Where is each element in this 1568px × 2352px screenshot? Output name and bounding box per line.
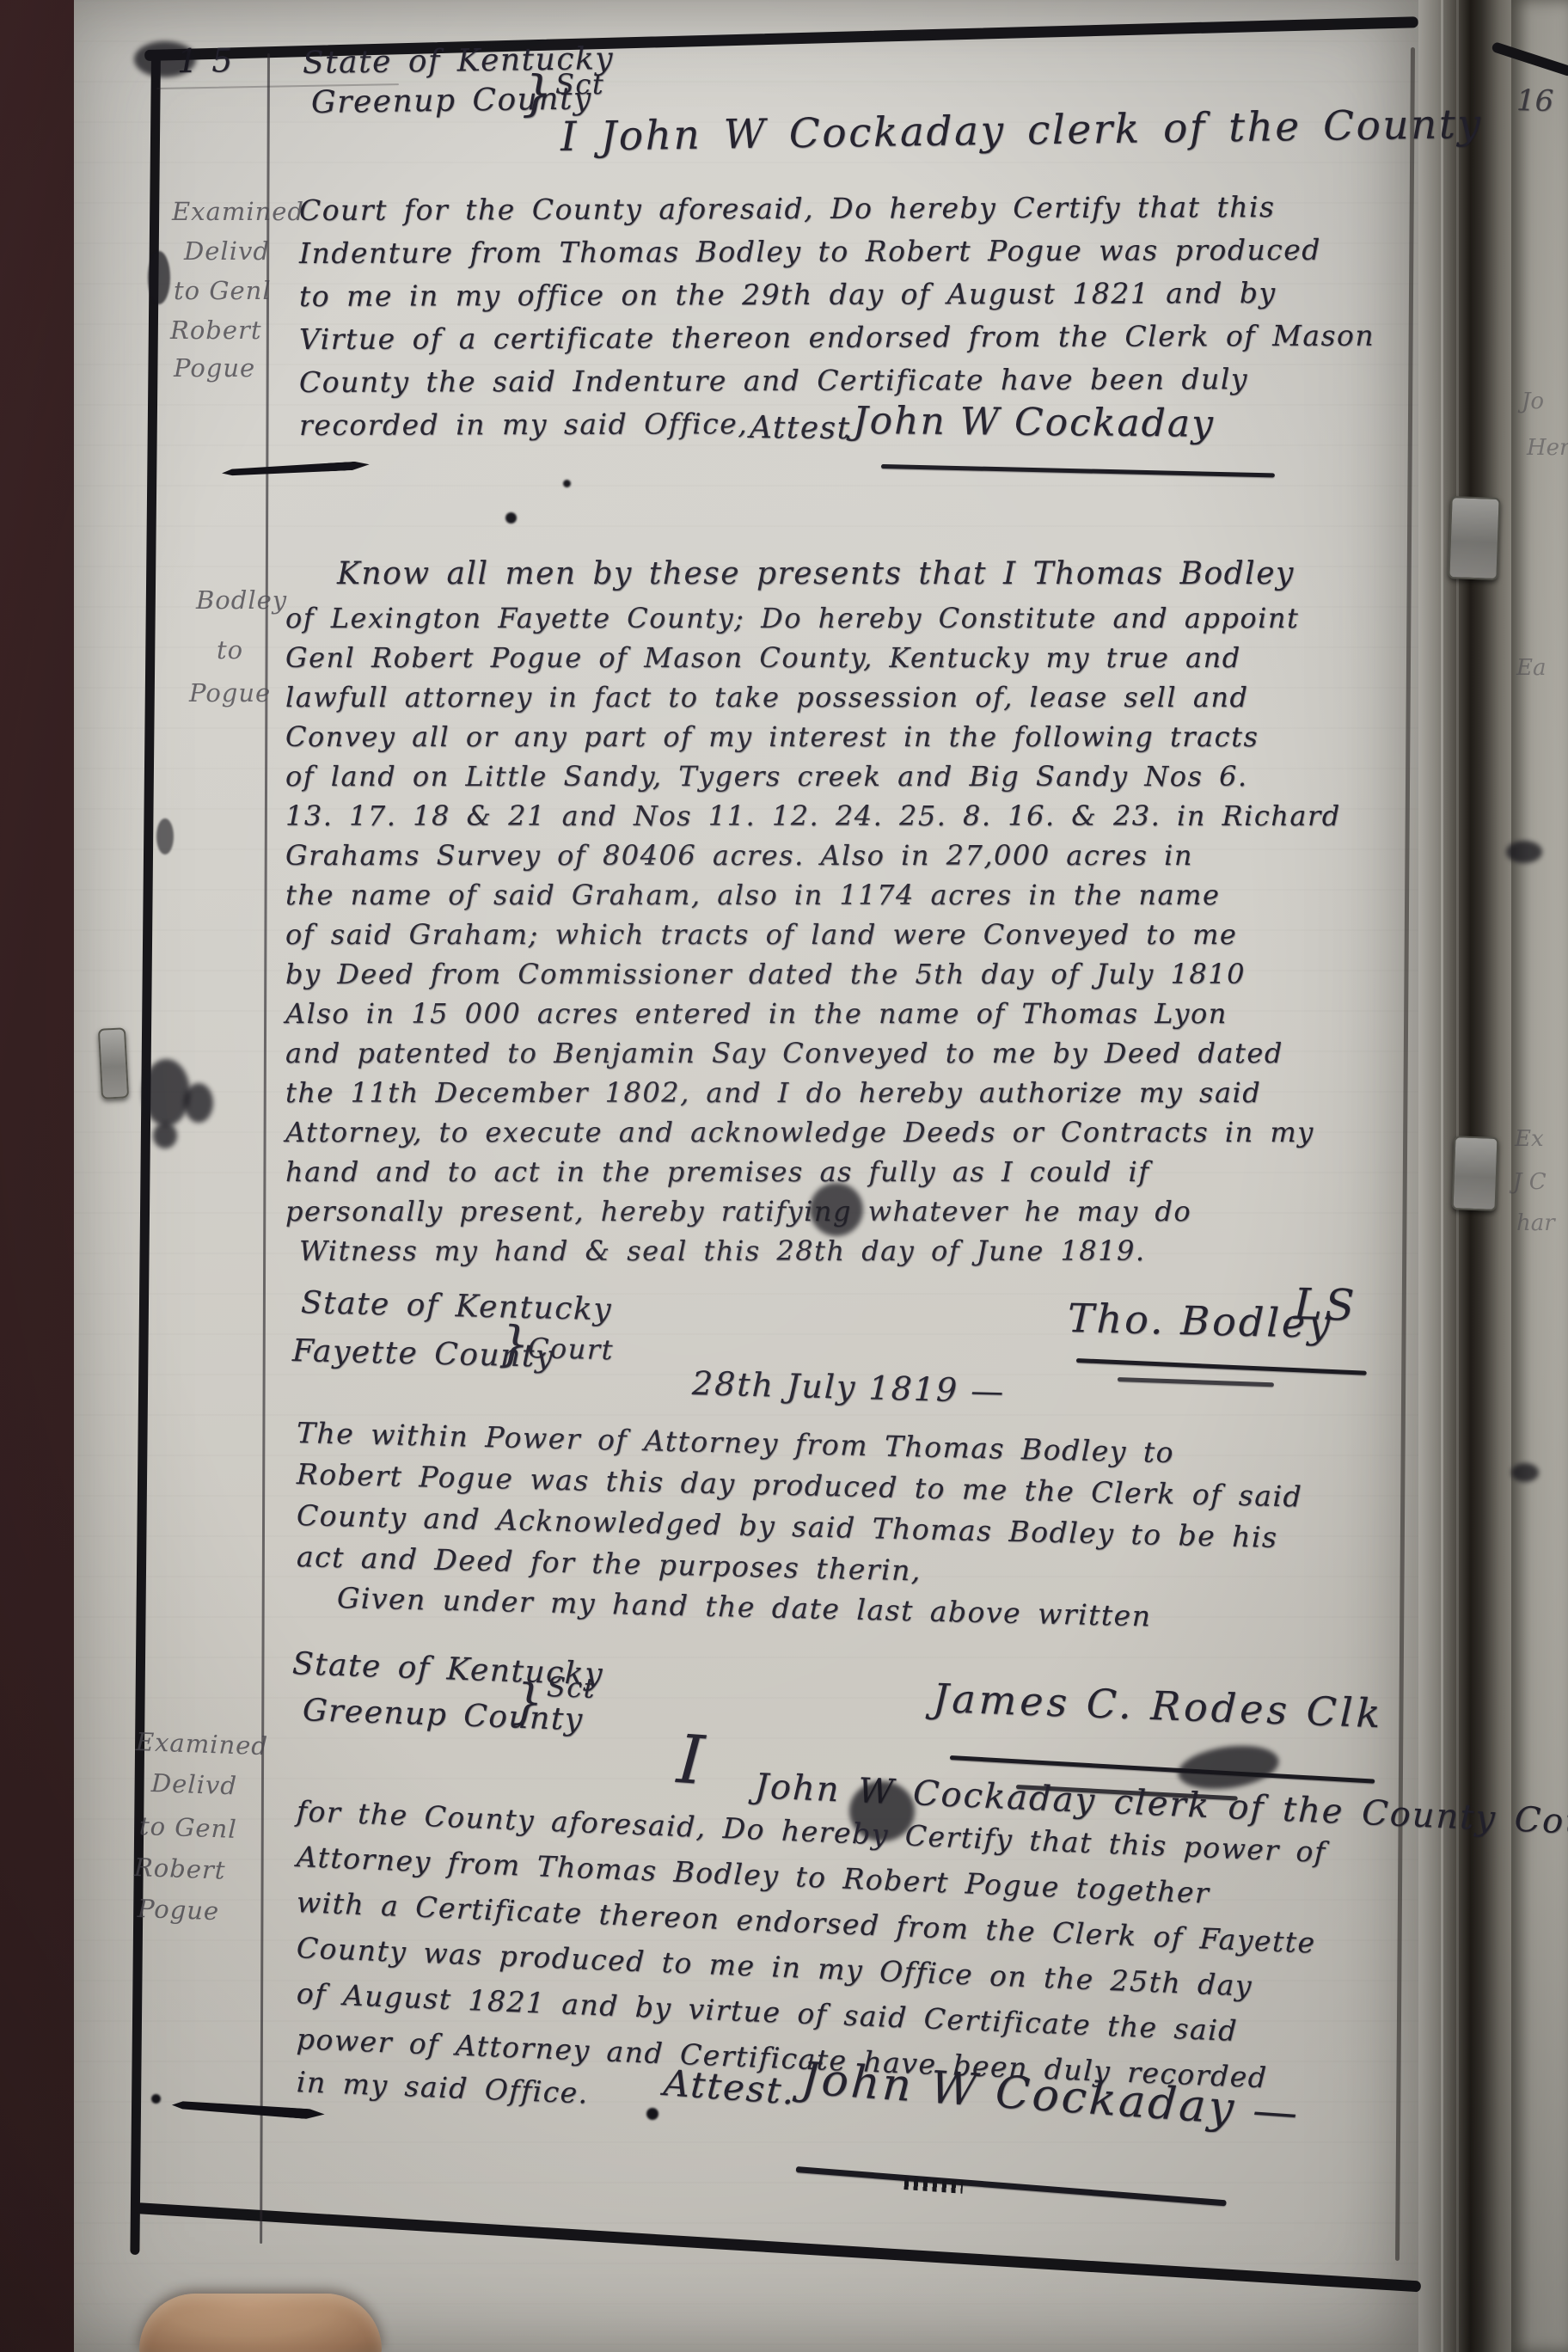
ink-blob xyxy=(134,41,196,77)
margin-note: Delivd xyxy=(150,1771,237,1798)
ink-blob xyxy=(153,1123,177,1148)
brace-glyph: } xyxy=(511,1678,544,1727)
ink-blob xyxy=(1506,841,1542,863)
photograph-of-deed-book: 15 State of Kentucky Greenup County } Sc… xyxy=(0,0,1568,2352)
opening-flourish-line: I John W Cockaday clerk of the County xyxy=(560,104,1483,157)
margin-note: Robert xyxy=(170,318,262,343)
ghost-text: Her xyxy=(1527,435,1568,461)
body-line: Also in 15 000 acres entered in the name… xyxy=(285,1000,1228,1027)
body-line: and patented to Benjamin Say Conveyed to… xyxy=(285,1039,1283,1067)
ink-blob xyxy=(151,2094,161,2104)
body-line: Witness my hand & seal this 28th day of … xyxy=(299,1237,1146,1265)
state-heading: State of Kentucky xyxy=(301,1288,613,1326)
ghost-text: har xyxy=(1516,1210,1555,1236)
ink-blob xyxy=(810,1183,863,1236)
body-line: Convey all or any part of my interest in… xyxy=(285,723,1259,750)
attest-label: Attest. xyxy=(663,2065,798,2110)
margin-note: Pogue xyxy=(174,356,255,381)
clerk-attest-signature: John W Cockaday xyxy=(853,402,1215,444)
ink-blob xyxy=(1511,1463,1539,1482)
ghost-text: Ea xyxy=(1516,655,1546,681)
margin-note: Pogue xyxy=(189,681,271,706)
body-line: Virtue of a certificate thereon endorsed… xyxy=(299,322,1375,353)
brace-glyph: } xyxy=(498,1320,530,1369)
court-label: Court xyxy=(528,1334,615,1363)
page-edge-line xyxy=(1441,0,1443,2352)
body-line: Attorney, to execute and acknowledge Dee… xyxy=(285,1118,1314,1146)
ink-blob xyxy=(184,1083,213,1123)
date-line: 28th July 1819 — xyxy=(692,1367,1006,1408)
brace-glyph: } xyxy=(522,70,553,119)
ink-blob xyxy=(505,512,517,524)
sct-abbrev: Sct xyxy=(546,1673,596,1702)
body-line: Grahams Survey of 80406 acres. Also in 2… xyxy=(285,842,1193,869)
ink-blob xyxy=(143,1059,190,1126)
body-line: recorded in my said Office, xyxy=(299,409,748,439)
margin-note: Delivd xyxy=(184,239,270,264)
margin-note: to Genl xyxy=(138,1814,237,1842)
ghost-text: Ex xyxy=(1515,1126,1544,1152)
body-line: Know all men by these presents that I Th… xyxy=(337,559,1295,590)
body-line: personally present, hereby ratifying wha… xyxy=(285,1197,1191,1225)
margin-note: Pogue xyxy=(137,1896,219,1924)
body-line: of said Graham; which tracts of land wer… xyxy=(285,921,1237,948)
body-line: to me in my office on the 29th day of Au… xyxy=(299,279,1277,310)
body-line: of Lexington Fayette County; Do hereby C… xyxy=(285,604,1299,632)
body-line: the 11th December 1802, and I do hereby … xyxy=(285,1079,1261,1106)
margin-note: Bodley xyxy=(196,588,287,613)
body-line: the name of said Graham, also in 1174 ac… xyxy=(285,881,1220,909)
sct-abbrev: Sct xyxy=(555,70,604,98)
body-line: County the said Indenture and Certificat… xyxy=(299,364,1248,396)
body-line: hand and to act in the premises as fully… xyxy=(285,1158,1150,1185)
body-line: by Deed from Commissioner dated the 5th … xyxy=(285,960,1246,988)
ghost-text: J C xyxy=(1513,1169,1547,1195)
thumb xyxy=(139,2294,382,2352)
book-clasp xyxy=(1452,1136,1499,1211)
book-clasp xyxy=(98,1027,129,1099)
book-clasp xyxy=(1448,496,1500,580)
ink-blob xyxy=(156,818,174,854)
ink-blob xyxy=(563,480,571,487)
seal-initials: LS xyxy=(1293,1283,1357,1327)
body-line: of land on Little Sandy, Tygers creek an… xyxy=(285,763,1248,790)
ghost-text: Jo xyxy=(1522,389,1544,414)
opening-initial-flourish: I xyxy=(675,1726,706,1795)
body-line: Indenture from Thomas Bodley to Robert P… xyxy=(299,236,1321,267)
attest-label: Attest xyxy=(750,413,851,444)
ink-blob xyxy=(148,251,170,304)
body-line: 13. 17. 18 & 21 and Nos 11. 12. 24. 25. … xyxy=(285,802,1341,830)
margin-note: Examined xyxy=(135,1730,268,1759)
margin-note: Examined xyxy=(172,199,304,224)
ink-blob xyxy=(646,2108,658,2120)
body-line: lawfull attorney in fact to take possess… xyxy=(285,683,1249,711)
margin-note: to xyxy=(217,638,243,663)
body-line: Court for the County aforesaid, Do hereb… xyxy=(299,193,1276,224)
margin-note: to Genl xyxy=(174,279,272,303)
margin-note: Robert xyxy=(133,1855,225,1883)
body-line: Genl Robert Pogue of Mason County, Kentu… xyxy=(285,644,1241,671)
facing-page-number: 16 xyxy=(1516,86,1554,116)
